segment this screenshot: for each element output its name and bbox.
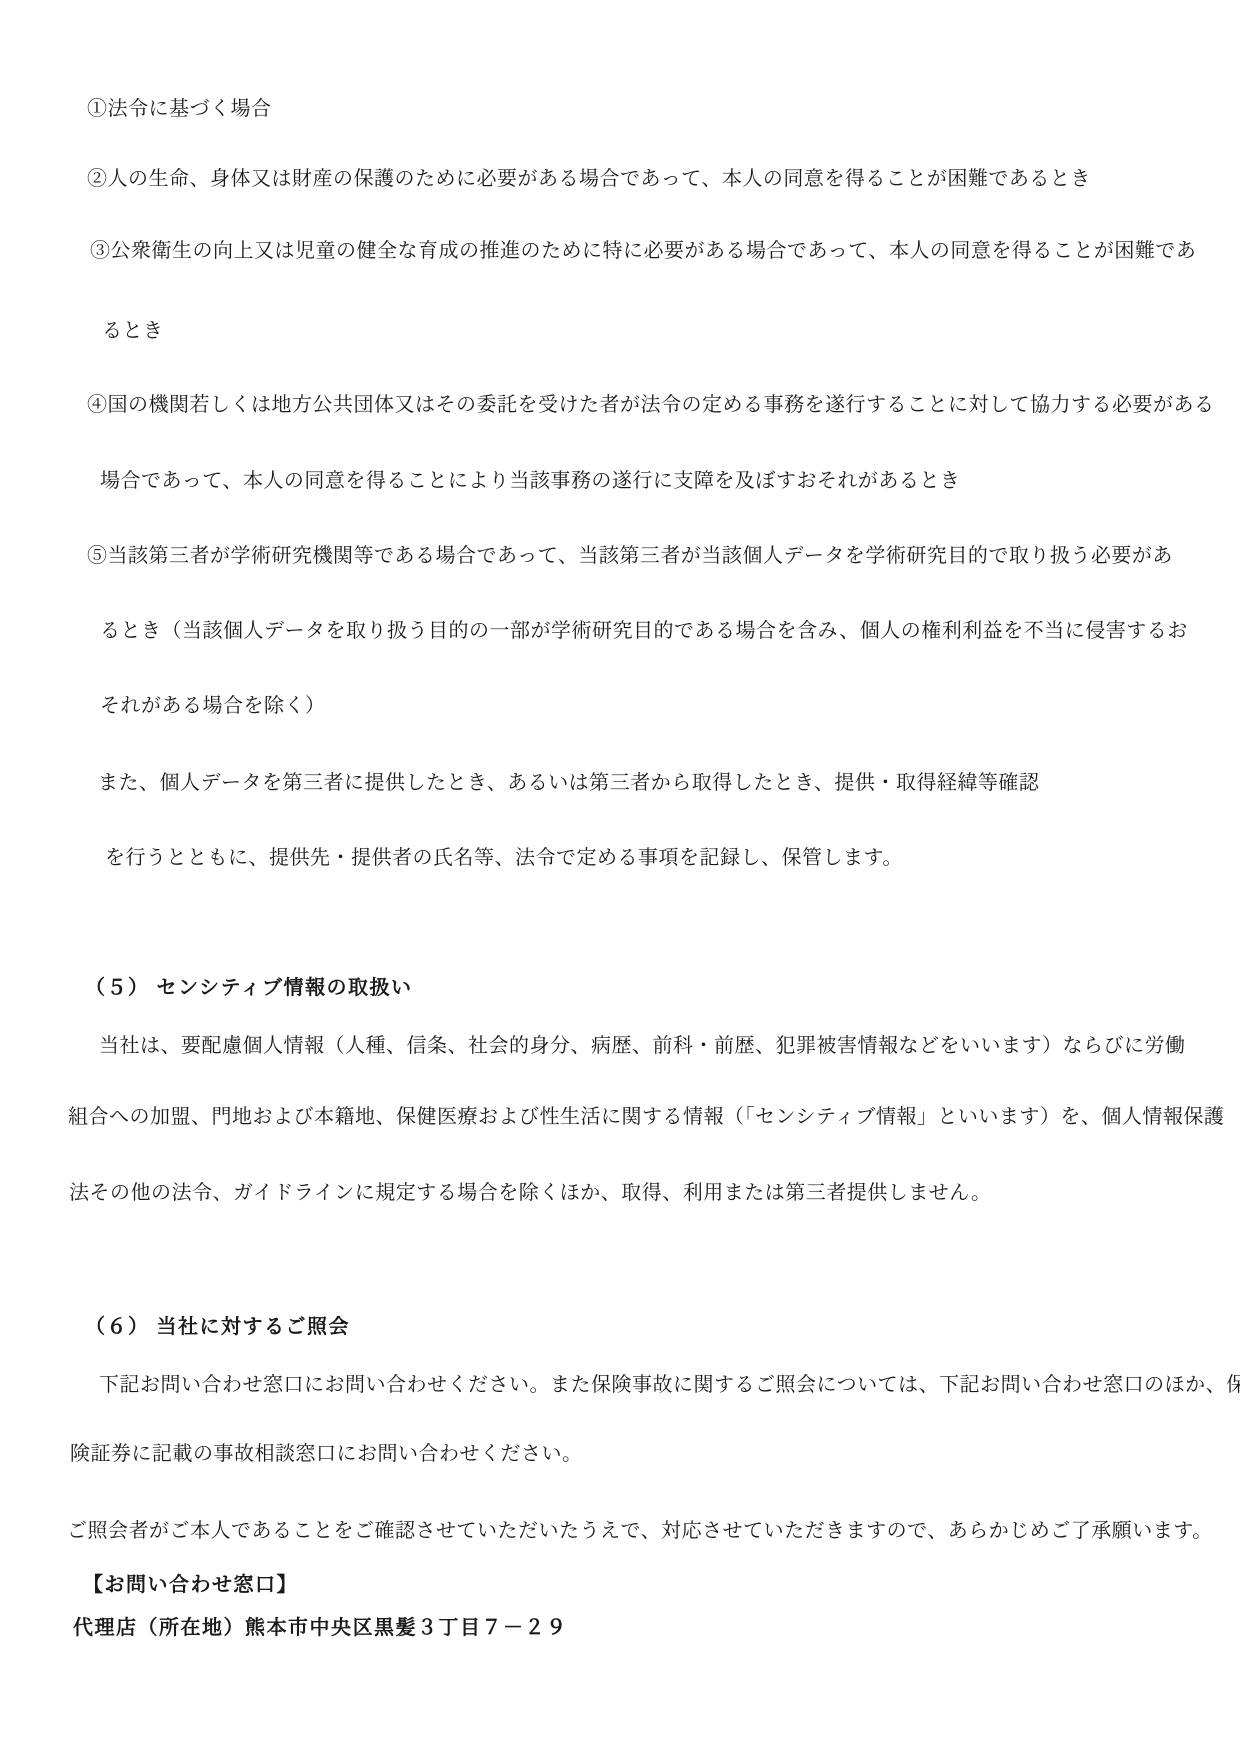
clause-line-5-continuation-2: それがある場合を除く） [100, 691, 326, 721]
clause-line-1: ①法令に基づく場合 [87, 94, 272, 124]
document-page: ①法令に基づく場合 ②人の生命、身体又は財産の保護のために必要がある場合であって… [0, 0, 1240, 1755]
clause-line-4: ④国の機関若しくは地方公共団体又はその委託を受けた者が法令の定める事務を遂行する… [87, 390, 1215, 420]
contact-window-heading: 【お問い合わせ窓口】 [83, 1570, 298, 1600]
record-note-line-2: を行うとともに、提供先・提供者の氏名等、法令で定める事項を記録し、保管します。 [105, 843, 903, 873]
section5-heading: （５） センシティブ情報の取扱い [85, 973, 412, 1003]
clause-line-4-continuation: 場合であって、本人の同意を得ることにより当該事務の遂行に支障を及ぼすおそれがある… [100, 466, 960, 496]
section5-body-line-2: 組合への加盟、門地および本籍地、保健医療および性生活に関する情報（「センシティブ… [68, 1102, 1224, 1132]
clause-line-3-continuation: るとき [102, 316, 164, 346]
section5-body-line-3: 法その他の法令、ガイドラインに規定する場合を除くほか、取得、利用または第三者提供… [69, 1178, 992, 1208]
section5-body-line-1: 当社は、要配慮個人情報（人種、信条、社会的身分、病歴、前科・前歴、犯罪被害情報な… [99, 1031, 1186, 1061]
section6-body-line-3: ご照会者がご本人であることをご確認させていただいたうえで、対応させていただきます… [67, 1516, 1213, 1546]
clause-line-2: ②人の生命、身体又は財産の保護のために必要がある場合であって、本人の同意を得るこ… [87, 164, 1091, 194]
agency-address-line: 代理店（所在地）熊本市中央区黒髪３丁目７－２９ [73, 1613, 568, 1643]
section6-body-line-1: 下記お問い合わせ窓口にお問い合わせください。また保険事故に関するご照会については… [99, 1370, 1240, 1400]
record-note-line-1: また、個人データを第三者に提供したとき、あるいは第三者から取得したとき、提供・取… [98, 768, 1039, 798]
clause-line-5: ⑤当該第三者が学術研究機関等である場合であって、当該第三者が当該個人データを学術… [87, 541, 1173, 571]
section6-body-line-2: 険証券に記載の事故相談窓口にお問い合わせください。 [70, 1439, 583, 1469]
clause-line-5-continuation-1: るとき（当該個人データを取り扱う目的の一部が学術研究目的である場合を含み、個人の… [100, 616, 1188, 646]
section6-heading: （６） 当社に対するご照会 [85, 1312, 350, 1342]
clause-line-3: ③公衆衛生の向上又は児童の健全な育成の推進のために特に必要がある場合であって、本… [90, 236, 1196, 266]
